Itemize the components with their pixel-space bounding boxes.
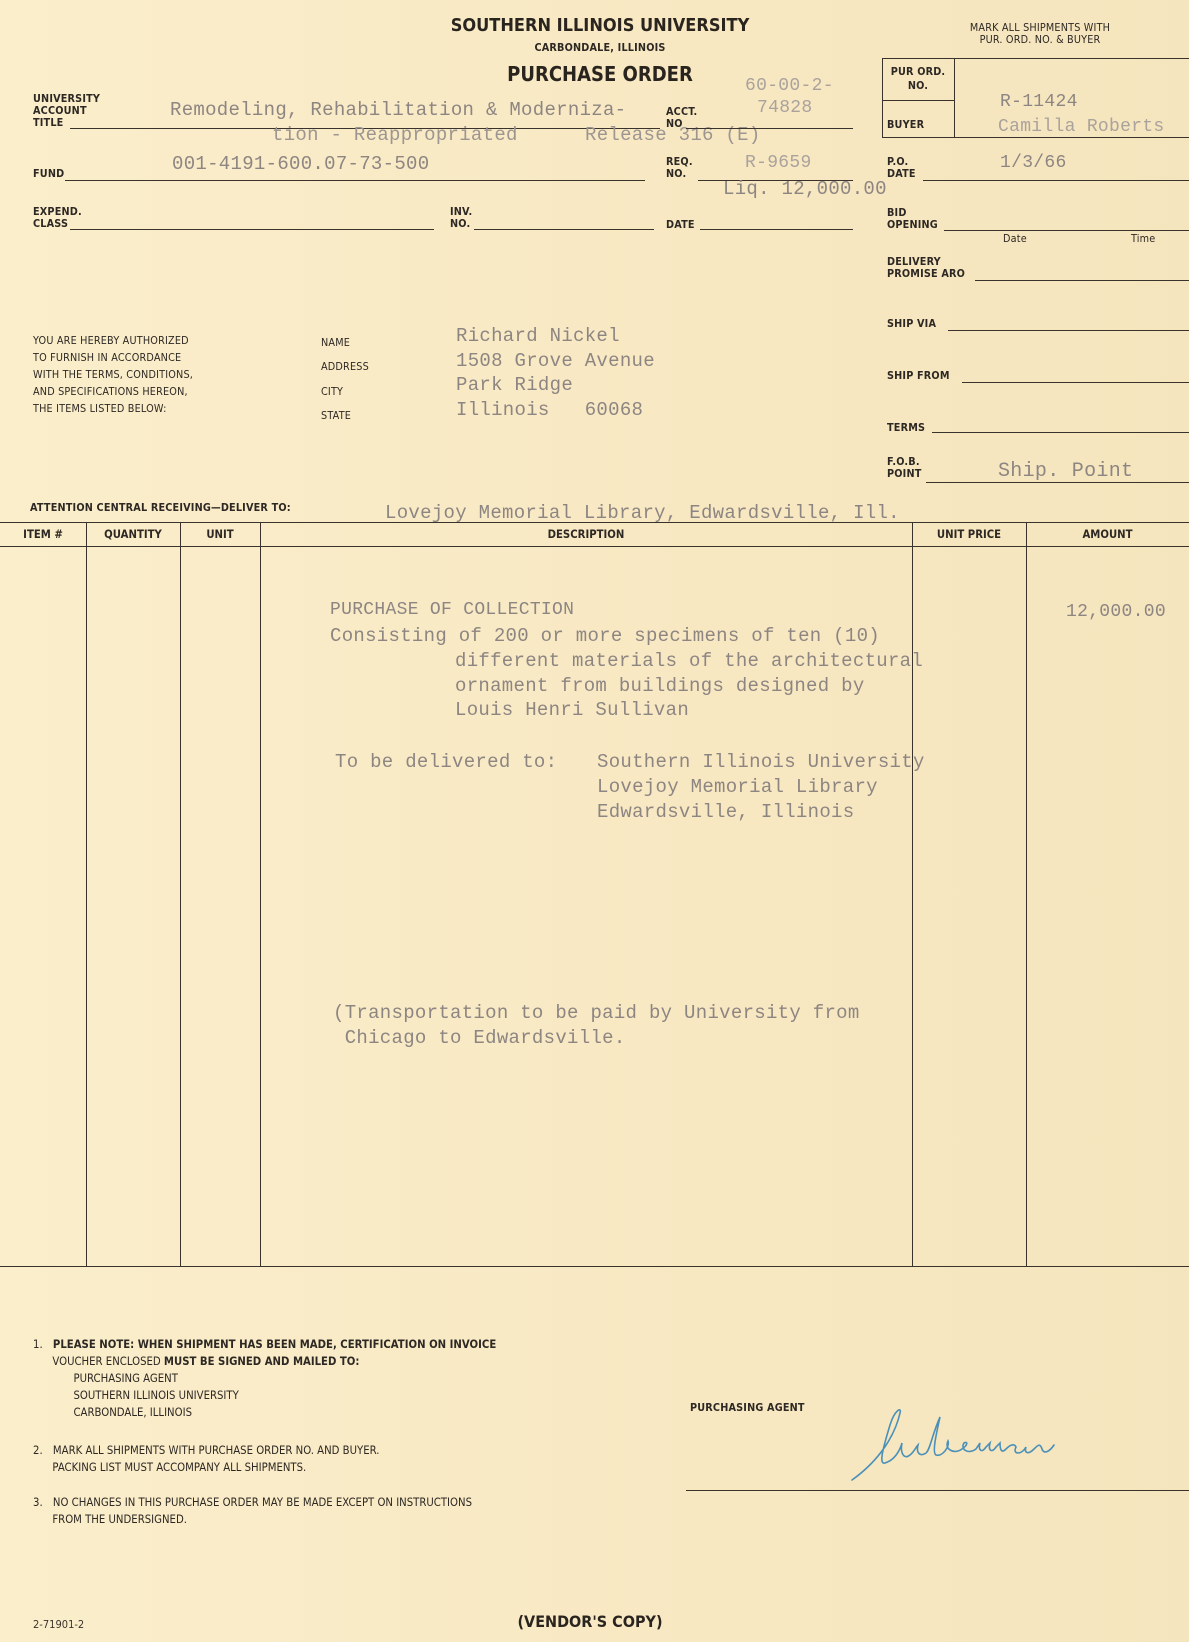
req-no-label-2: NO. <box>666 168 686 180</box>
acct-no-value-1: 60-00-2- <box>745 76 834 96</box>
col-divider <box>1026 522 1027 1267</box>
note-1-address-line: PURCHASING AGENT <box>73 1371 177 1385</box>
bid-opening-field[interactable] <box>944 230 1189 231</box>
description-line: different materials of the architectural <box>455 650 923 672</box>
delivery-promise-field[interactable] <box>975 280 1189 281</box>
note-3: 3. NO CHANGES IN THIS PURCHASE ORDER MAY… <box>33 1494 472 1528</box>
authorization-line: WITH THE TERMS, CONDITIONS, <box>33 369 193 381</box>
column-header-amount: AMOUNT <box>1036 527 1179 541</box>
column-header-unit: UNIT <box>185 527 255 541</box>
req-no-value: R-9659 <box>745 153 812 173</box>
authorization-line: AND SPECIFICATIONS HEREON, <box>33 386 193 398</box>
column-header-unit-price: UNIT PRICE <box>919 527 1019 541</box>
description-line: Consisting of 200 or more specimens of t… <box>330 625 880 647</box>
pur-ord-no-value: R-11424 <box>1000 92 1078 112</box>
vendor-name-value: Richard Nickel <box>456 325 620 347</box>
transport-note-line: (Transportation to be paid by University… <box>333 1002 860 1024</box>
ship-via-field[interactable] <box>948 330 1189 331</box>
vendor-state-value: Illinois 60068 <box>456 399 643 421</box>
delivery-promise-label-2: PROMISE ARO <box>887 268 965 280</box>
vendor-address-label: ADDRESS <box>321 361 369 373</box>
transport-note-line: Chicago to Edwardsville. <box>333 1027 626 1049</box>
note-3-line: NO CHANGES IN THIS PURCHASE ORDER MAY BE… <box>53 1495 472 1509</box>
vendor-name-label: NAME <box>321 337 350 349</box>
acct-no-underline <box>686 128 853 129</box>
date-field[interactable] <box>700 229 853 230</box>
bid-date-label: Date <box>1003 233 1027 245</box>
column-header-quantity: QUANTITY <box>92 527 175 541</box>
fund-label: FUND <box>33 168 64 180</box>
ship-from-field[interactable] <box>962 382 1189 383</box>
note-1-address-line: SOUTHERN ILLINOIS UNIVERSITY <box>73 1388 238 1402</box>
note-1-line2a: VOUCHER ENCLOSED <box>52 1354 164 1368</box>
inv-no-field[interactable] <box>474 229 654 230</box>
bid-time-label: Time <box>1131 233 1155 245</box>
vendor-city-value: Park Ridge <box>456 374 573 396</box>
authorization-line: YOU ARE HEREBY AUTHORIZED <box>33 335 193 347</box>
form-title: PURCHASE ORDER <box>465 62 735 86</box>
signature-icon <box>840 1405 1100 1485</box>
fob-label-2: POINT <box>887 468 922 480</box>
signature-line <box>686 1490 1189 1491</box>
po-date-value: 1/3/66 <box>1000 153 1067 173</box>
institution-location: CARBONDALE, ILLINOIS <box>512 42 688 54</box>
authorization-line: THE ITEMS LISTED BELOW: <box>33 403 193 415</box>
deliver-to-line: Southern Illinois University <box>597 751 925 773</box>
note-1-line1: PLEASE NOTE: WHEN SHIPMENT HAS BEEN MADE… <box>53 1337 496 1351</box>
po-box-divider <box>954 58 955 138</box>
pur-ord-label-no: NO. <box>886 80 949 92</box>
note-number: 2. <box>33 1443 43 1457</box>
column-header-description: DESCRIPTION <box>299 527 873 541</box>
buyer-value: Camilla Roberts <box>998 117 1165 137</box>
vendors-copy-label: (VENDOR'S COPY) <box>455 1612 725 1631</box>
account-title-label-3: TITLE <box>33 117 63 129</box>
account-title-value-2: tion - Reappropriated <box>272 124 518 146</box>
account-title-value-1: Remodeling, Rehabilitation & Moderniza- <box>170 99 626 121</box>
col-divider <box>180 522 181 1267</box>
note-2: 2. MARK ALL SHIPMENTS WITH PURCHASE ORDE… <box>33 1442 380 1476</box>
deliver-to-line: Edwardsville, Illinois <box>597 801 854 823</box>
po-date-label-2: DATE <box>887 168 916 180</box>
note-2-line: PACKING LIST MUST ACCOMPANY ALL SHIPMENT… <box>52 1460 306 1474</box>
terms-label: TERMS <box>887 422 925 434</box>
pur-ord-label: PUR ORD. <box>886 66 949 78</box>
vendor-city-label: CITY <box>321 386 343 398</box>
bid-opening-label-2: OPENING <box>887 219 938 231</box>
col-divider <box>86 522 87 1267</box>
buyer-label: BUYER <box>887 119 924 131</box>
deliver-to-label: ATTENTION CENTRAL RECEIVING—DELIVER TO: <box>30 502 291 514</box>
fund-underline <box>65 180 645 181</box>
ship-from-label: SHIP FROM <box>887 370 950 382</box>
note-1: 1. PLEASE NOTE: WHEN SHIPMENT HAS BEEN M… <box>33 1336 496 1421</box>
description-line: Louis Henri Sullivan <box>455 699 689 721</box>
expend-class-field[interactable] <box>70 229 434 230</box>
fund-value: 001-4191-600.07-73-500 <box>172 153 429 175</box>
deliver-to-label-typed: To be delivered to: <box>335 751 557 773</box>
table-header-border <box>0 546 1189 547</box>
vendor-state-label: STATE <box>321 410 351 422</box>
inv-no-label-2: NO. <box>450 218 470 230</box>
shipping-note-line2: PUR. ORD. NO. & BUYER <box>934 34 1145 46</box>
description-title: PURCHASE OF COLLECTION <box>330 600 574 620</box>
institution-name: SOUTHERN ILLINOIS UNIVERSITY <box>420 15 780 36</box>
note-number: 3. <box>33 1495 43 1509</box>
authorization-line: TO FURNISH IN ACCORDANCE <box>33 352 193 364</box>
col-divider <box>912 522 913 1267</box>
acct-no-value-2: 74828 <box>757 98 813 118</box>
amount-value: 12,000.00 <box>1066 602 1166 622</box>
table-top-border <box>0 522 1189 523</box>
po-box-row-divider <box>882 100 954 101</box>
terms-field[interactable] <box>932 432 1189 433</box>
deliver-to-line: Lovejoy Memorial Library <box>597 776 878 798</box>
expend-class-label-2: CLASS <box>33 218 68 230</box>
note-2-line: MARK ALL SHIPMENTS WITH PURCHASE ORDER N… <box>53 1443 380 1457</box>
liq-value: Liq. 12,000.00 <box>723 178 887 200</box>
acct-no-label-2: NO <box>666 118 683 130</box>
description-line: ornament from buildings designed by <box>455 675 865 697</box>
fob-value: Ship. Point <box>998 460 1133 483</box>
note-1-line2b: MUST BE SIGNED AND MAILED TO: <box>164 1354 360 1368</box>
authorization-text: YOU ARE HEREBY AUTHORIZED TO FURNISH IN … <box>33 335 215 420</box>
note-number: 1. <box>33 1337 43 1351</box>
form-number: 2-71901-2 <box>33 1618 84 1631</box>
col-divider <box>260 522 261 1267</box>
po-date-underline <box>923 180 1189 181</box>
date-label: DATE <box>666 219 695 231</box>
note-1-address-line: CARBONDALE, ILLINOIS <box>73 1405 192 1419</box>
vendor-address-value: 1508 Grove Avenue <box>456 350 655 372</box>
table-bottom-border <box>0 1266 1189 1267</box>
note-3-line: FROM THE UNDERSIGNED. <box>52 1512 187 1526</box>
ship-via-label: SHIP VIA <box>887 318 936 330</box>
purchasing-agent-label: PURCHASING AGENT <box>690 1402 805 1414</box>
deliver-to-value: Lovejoy Memorial Library, Edwardsville, … <box>385 502 900 524</box>
column-header-item: ITEM # <box>5 527 81 541</box>
